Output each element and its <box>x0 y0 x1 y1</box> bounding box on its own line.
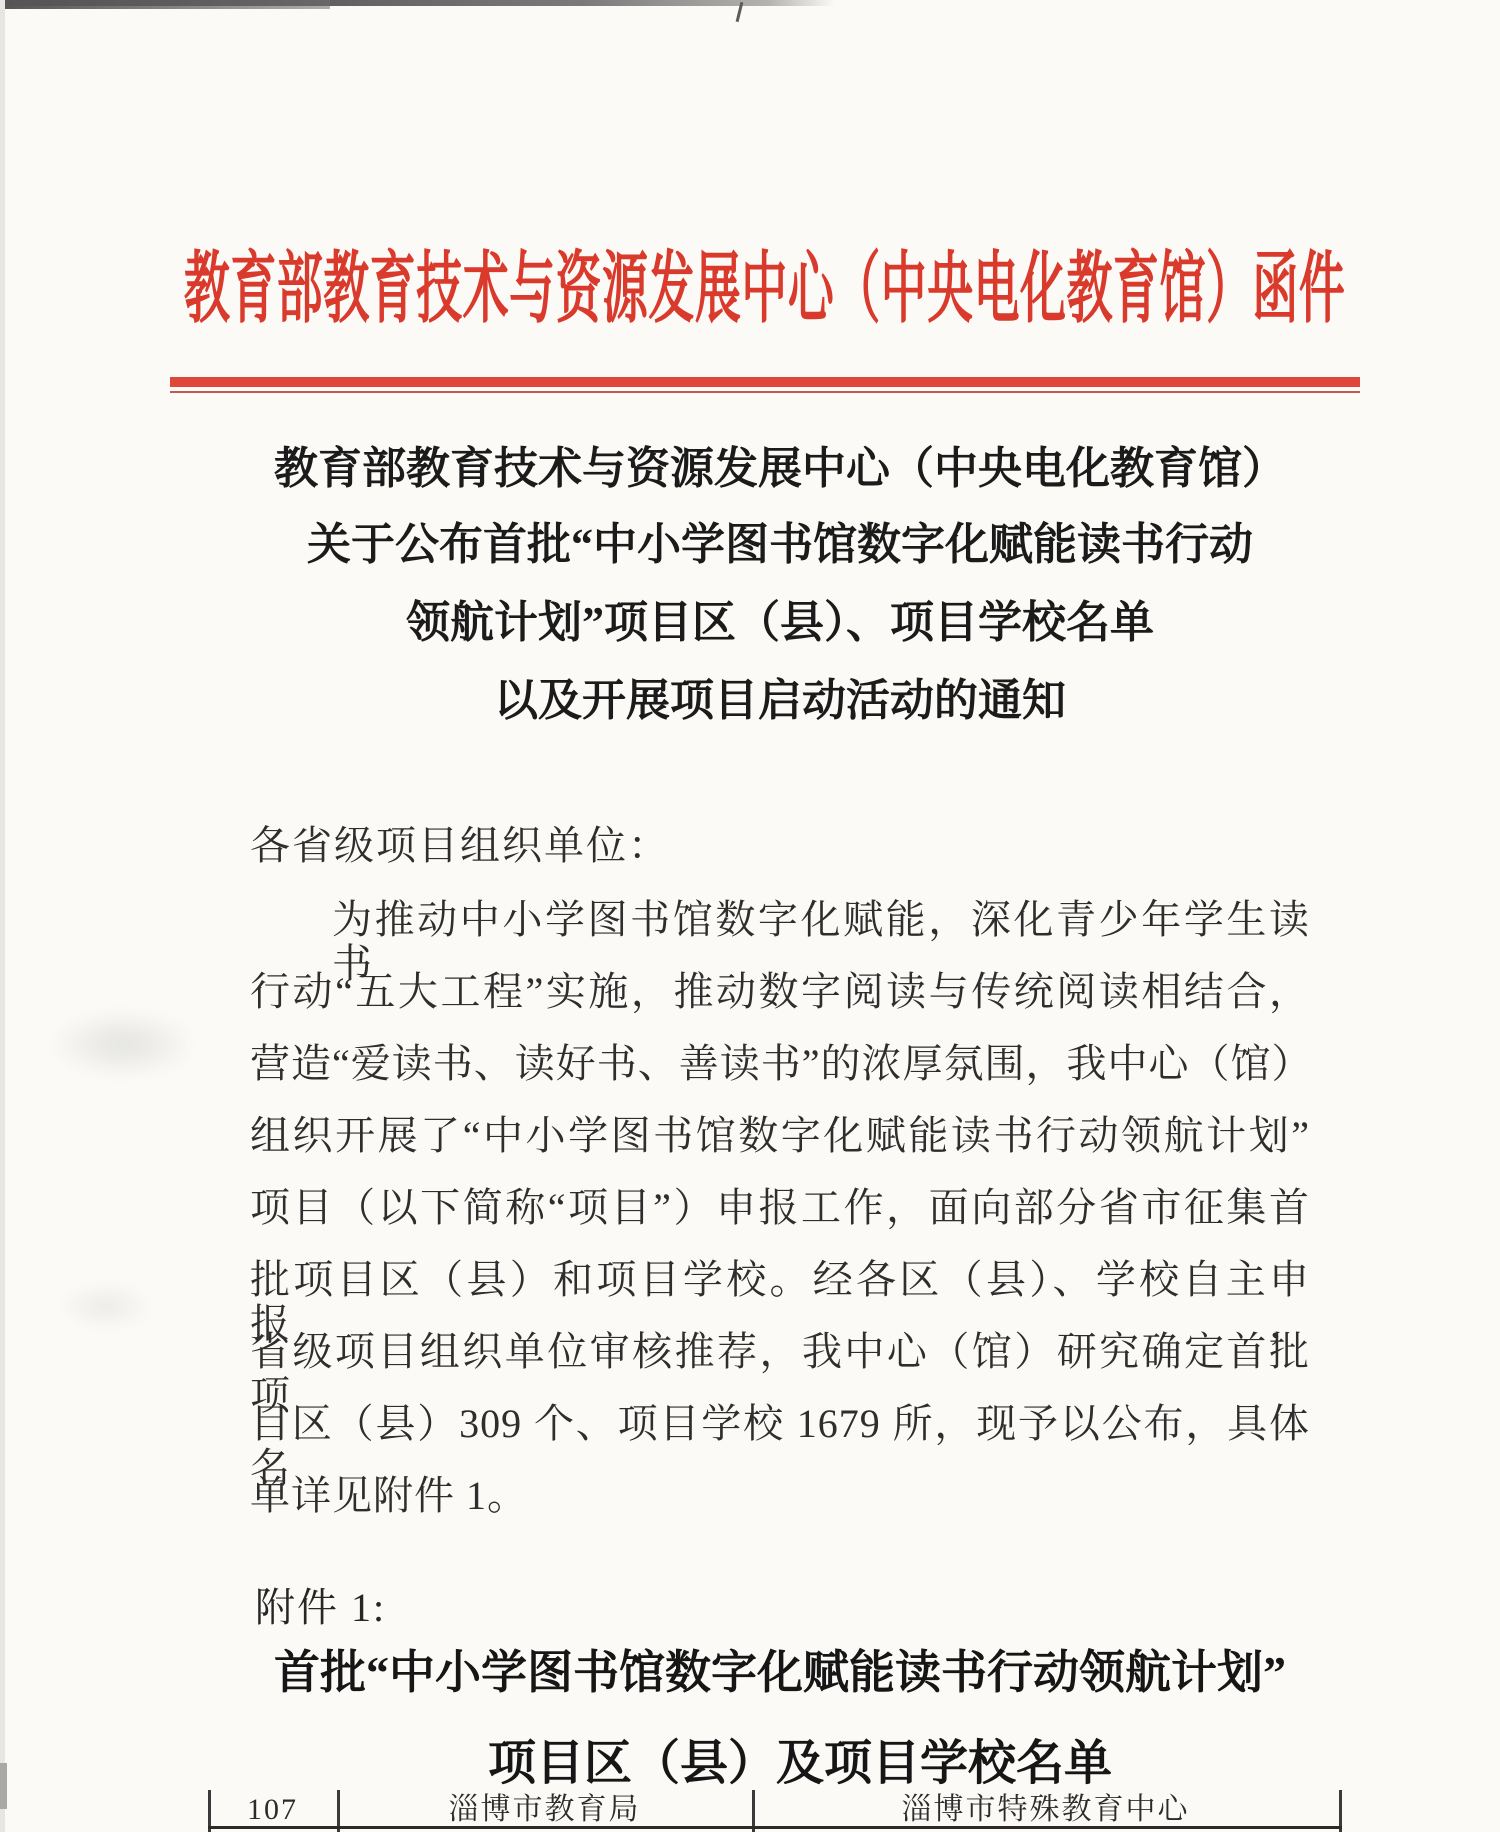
document-title-line-3: 领航计划”项目区（县）、项目学校名单 <box>250 598 1310 649</box>
letterhead-rule-thick <box>170 377 1360 387</box>
table-cell-organization: 淄博市教育局 <box>337 1793 752 1832</box>
attachment-label: 附件 1: <box>255 1588 386 1628</box>
document-title-line-4: 以及开展项目启动活动的通知 <box>250 676 1310 727</box>
body-line-2: 行动“五大工程”实施，推动数字阅读与传统阅读相结合， <box>250 970 1310 1014</box>
scan-smudge <box>58 1282 154 1330</box>
document-title-line-2: 关于公布首批“中小学图书馆数字化赋能读书行动 <box>250 520 1310 571</box>
table-cell-school: 淄博市特殊教育中心 <box>752 1793 1339 1832</box>
document-title-line-1: 教育部教育技术与资源发展中心（中央电化教育馆） <box>250 444 1310 495</box>
scan-artifact-left-streak <box>0 1763 7 1809</box>
body-line-9: 单详见附件 1。 <box>250 1474 1310 1518</box>
scan-smudge <box>48 1008 198 1080</box>
letterhead-title: 教育部教育技术与资源发展中心（中央电化教育馆）函件 <box>184 246 1345 332</box>
attachment-title-line-1: 首批“中小学图书馆数字化赋能读书行动领航计划” <box>250 1648 1310 1699</box>
scan-artifact-top-band-dark <box>0 0 330 9</box>
body-line-5: 项目（以下简称“项目”）申报工作，面向部分省市征集首 <box>250 1186 1310 1230</box>
scanned-document-page: 教育部教育技术与资源发展中心（中央电化教育馆）函件 教育部教育技术与资源发展中心… <box>0 0 1500 1832</box>
scan-artifact-left-edge <box>0 0 5 1832</box>
salutation: 各省级项目组织单位： <box>250 826 1310 866</box>
attachment-title-line-2: 项目区（县）及项目学校名单 <box>250 1738 1350 1791</box>
table-cell-number: 107 <box>208 1793 337 1832</box>
letterhead-rule-thin <box>170 391 1360 393</box>
body-line-3: 营造“爱读书、读好书、善读书”的浓厚氛围，我中心（馆） <box>250 1042 1310 1086</box>
body-line-4: 组织开展了“中小学图书馆数字化赋能读书行动领航计划” <box>250 1114 1310 1158</box>
